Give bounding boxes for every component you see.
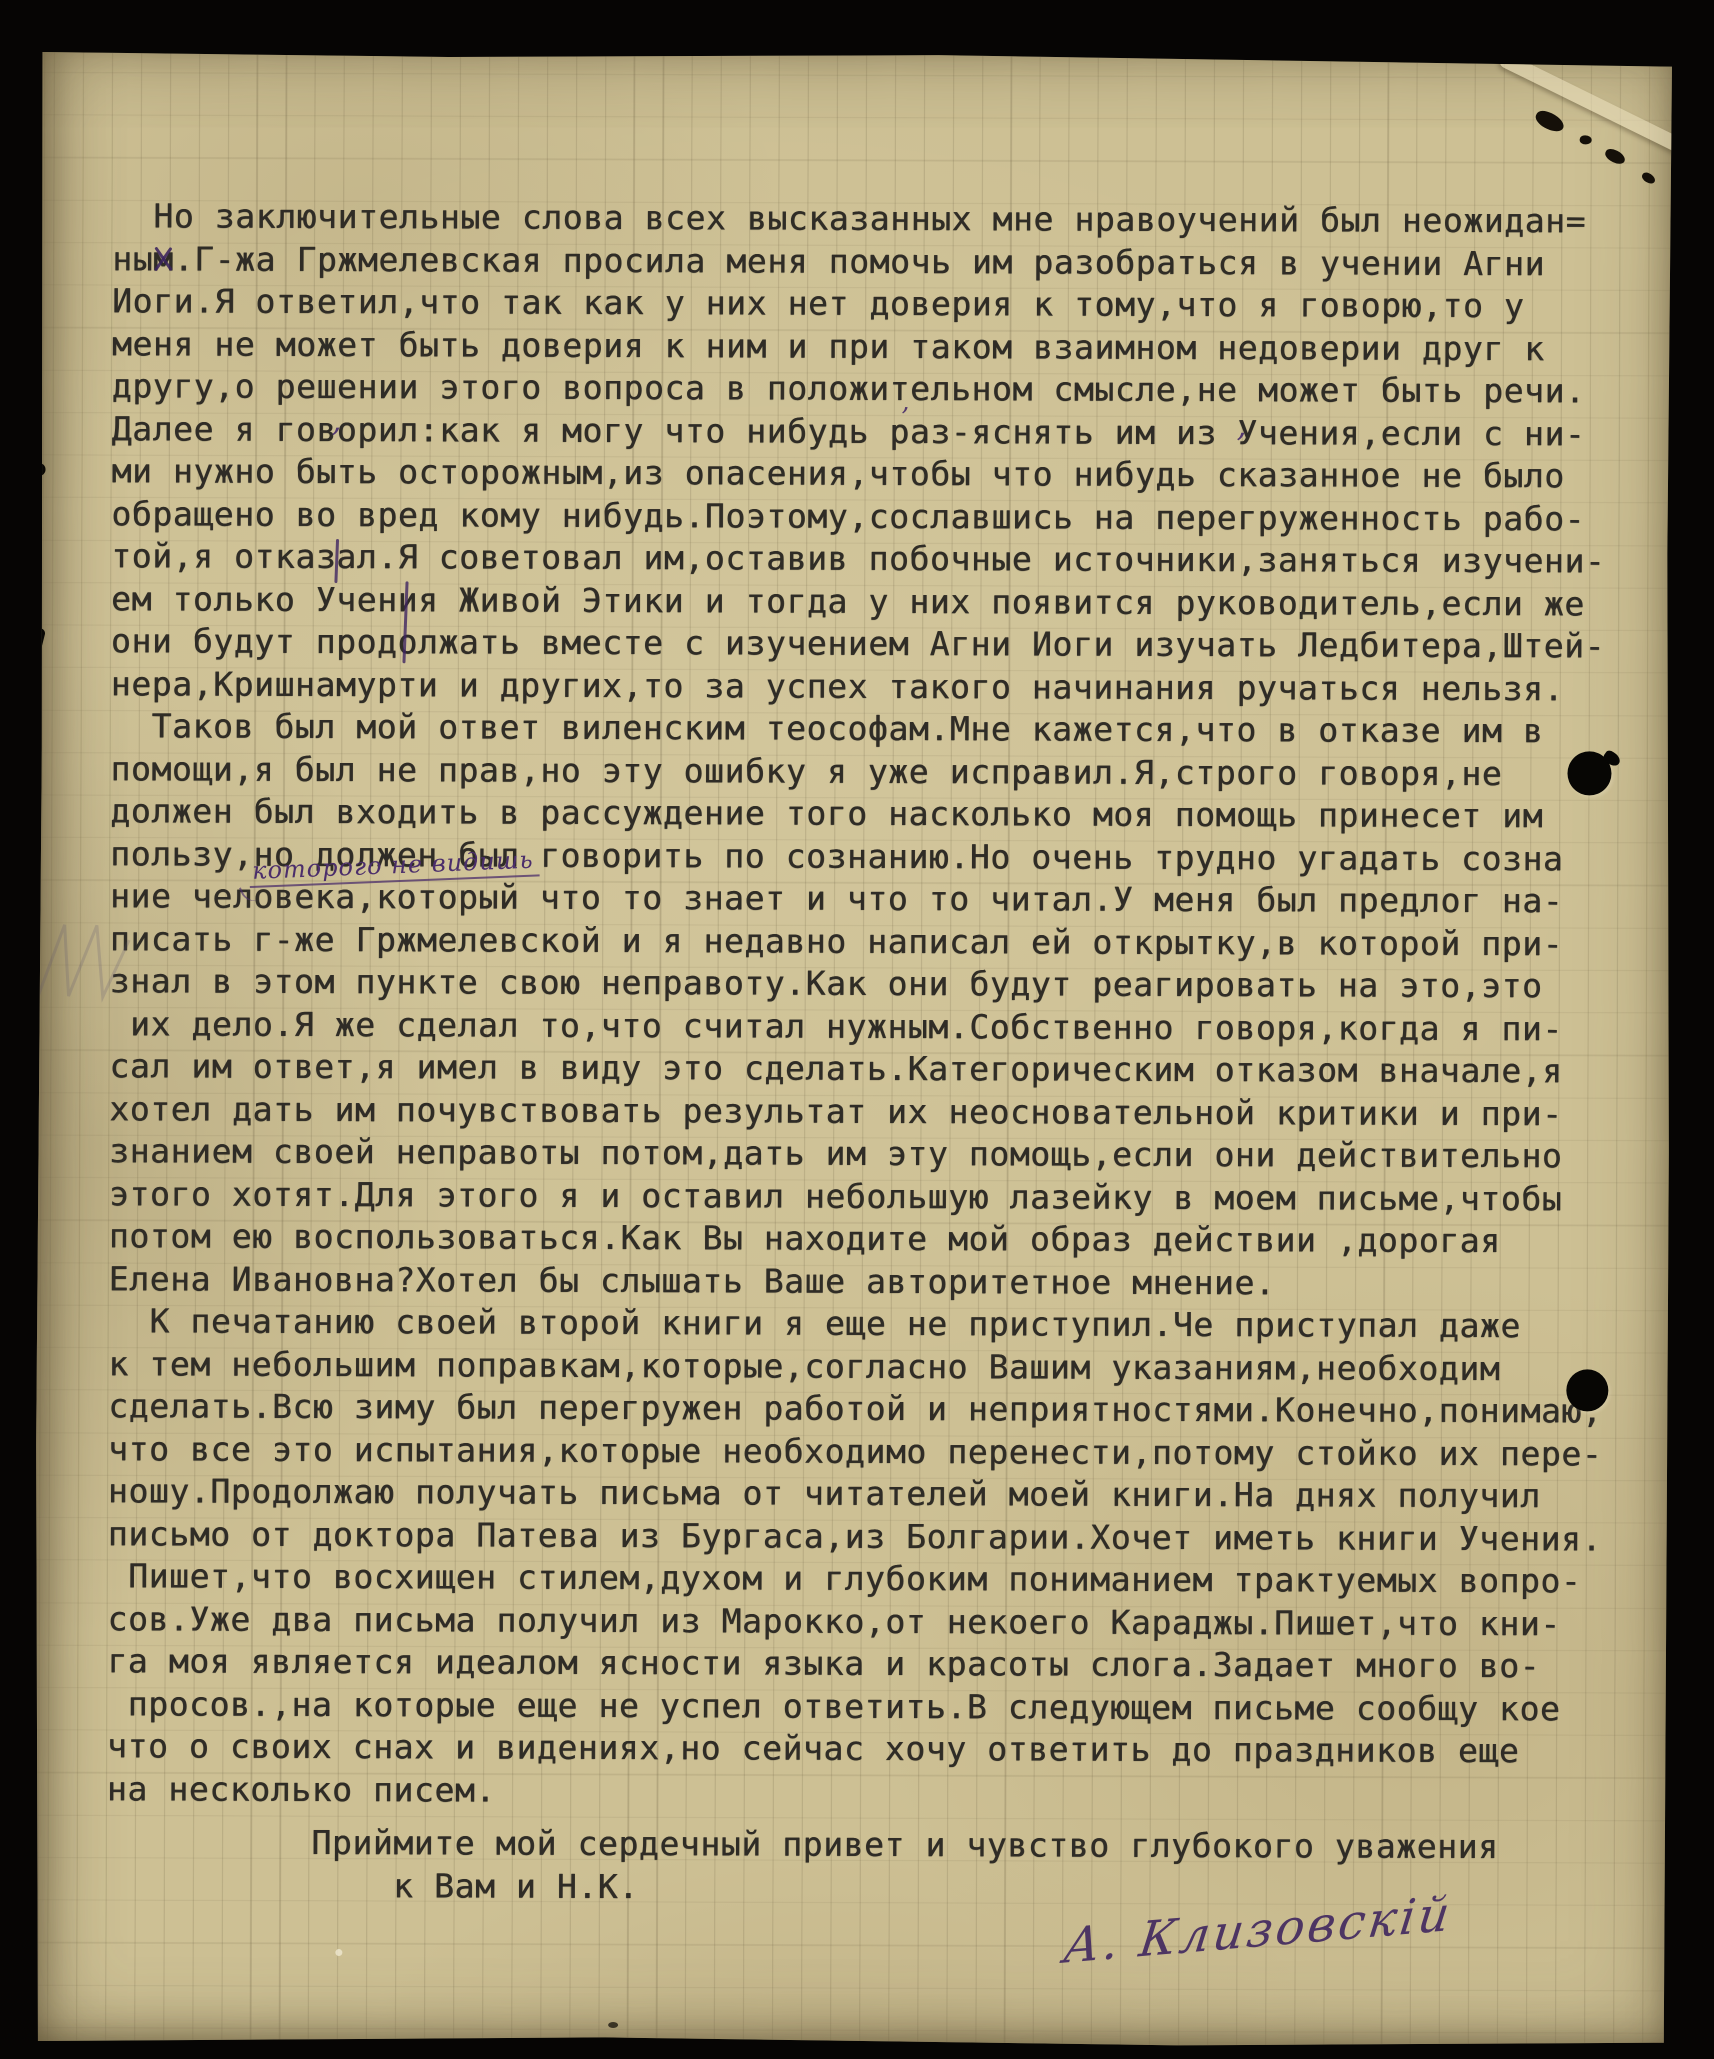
staple-tear-mark <box>1603 146 1627 166</box>
typed-line: к тем небольшим поправкам,которые,соглас… <box>108 1343 1638 1391</box>
typed-line: письмо от доктора Патева из Бургаса,из Б… <box>108 1513 1638 1561</box>
hole-punch <box>1566 1369 1608 1411</box>
typed-line: что о своих снах и видениях,но сейчас хо… <box>107 1725 1637 1773</box>
typed-line: га моя является идеалом ясности языка и … <box>107 1640 1637 1688</box>
typed-line: нера,Кришнамурти и других,то за успех та… <box>111 663 1641 711</box>
typed-line: потом ею воспользоваться.Как Вы находите… <box>109 1215 1639 1263</box>
typed-line: писать г-же Гржмелевской и я недавно нап… <box>110 918 1640 966</box>
typed-line: хотел дать им почувствовать результат их… <box>109 1088 1639 1136</box>
struck-character: м <box>153 238 174 281</box>
ink-comma-mark: , <box>1237 408 1247 444</box>
typed-line: Пишет,что восхищен стилем,духом и глубок… <box>108 1555 1638 1603</box>
typed-line: просов.,на которые еще не успел ответить… <box>107 1683 1637 1731</box>
staple-tear-mark <box>1580 135 1592 144</box>
hole-punch <box>1567 751 1611 795</box>
typed-line: на несколько писем. <box>107 1768 1637 1816</box>
typed-line: Но заключительные слова всех высказанных… <box>112 195 1642 243</box>
paper-fleck <box>335 1949 342 1956</box>
typed-line: сал им ответ,я имел в виду это сделать.К… <box>109 1045 1639 1093</box>
typed-line: помощи,я был не прав,но эту ошибку я уже… <box>110 748 1640 796</box>
typed-line: Приймите мой сердечный привет и чувство … <box>107 1821 1637 1869</box>
typed-line: должен был входить в рассуждение того на… <box>110 790 1640 838</box>
typed-line: той,я отказал.Я советовал им,оставив поб… <box>111 535 1641 583</box>
ink-comma-mark: , <box>332 403 342 439</box>
typed-line: К печатанию своей второй книги я еще не … <box>108 1300 1638 1348</box>
edge-tear-notch <box>30 627 46 656</box>
typed-line: ным.Г-жа Гржмелевская просила меня помоч… <box>112 238 1642 286</box>
ink-apostrophe-mark: ’ <box>901 403 909 433</box>
paper-sheet: Но заключительные слова всех высказанных… <box>33 50 1674 2049</box>
staple-tear-mark <box>1640 171 1657 186</box>
typed-line: обращено во вред кому нибудь.Поэтому,сос… <box>111 493 1641 541</box>
typed-line: Иоги.Я ответил,что так как у них нет дов… <box>112 280 1642 328</box>
staple-tear-crease <box>1497 51 1688 155</box>
typed-line: Таков был мой ответ виленским теософам.М… <box>111 705 1641 753</box>
typed-line: сделать.Всю зиму был перегружен работой … <box>108 1385 1638 1433</box>
typed-line: что все это испытания,которые необходимо… <box>108 1428 1638 1476</box>
typed-line: сов.Уже два письма получил из Марокко,от… <box>107 1598 1637 1646</box>
typed-line: этого хотят.Для этого я и оставил неболь… <box>109 1173 1639 1221</box>
bottom-edge-speck <box>608 2022 618 2028</box>
typed-line: они будут продолжать вместе с изучением … <box>111 620 1641 668</box>
margin-scribble <box>33 904 138 1016</box>
edge-ink-dot <box>33 463 46 476</box>
typed-text-block: Но заключительные слова всех высказанных… <box>106 195 1642 1954</box>
typed-line: Елена Ивановна?Хотел бы слышать Ваше авт… <box>109 1258 1639 1306</box>
typed-line: знал в этом пункте свою неправоту.Как он… <box>110 960 1640 1008</box>
typed-line: ми нужно быть осторожным,из опасения,что… <box>111 450 1641 498</box>
typed-line: ношу.Продолжаю получать письма от читате… <box>108 1470 1638 1518</box>
artifact-layer: ,,’ <box>40 50 1674 56</box>
typed-line: ем только Учения Живой Этики и тогда у н… <box>111 578 1641 626</box>
staple-tear-mark <box>1533 107 1567 135</box>
typed-line: их дело.Я же сделал то,что считал нужным… <box>110 1003 1640 1051</box>
typed-line: меня не может быть доверия к ним и при т… <box>112 323 1642 371</box>
typed-line: знанием своей неправоты потом,дать им эт… <box>109 1130 1639 1178</box>
